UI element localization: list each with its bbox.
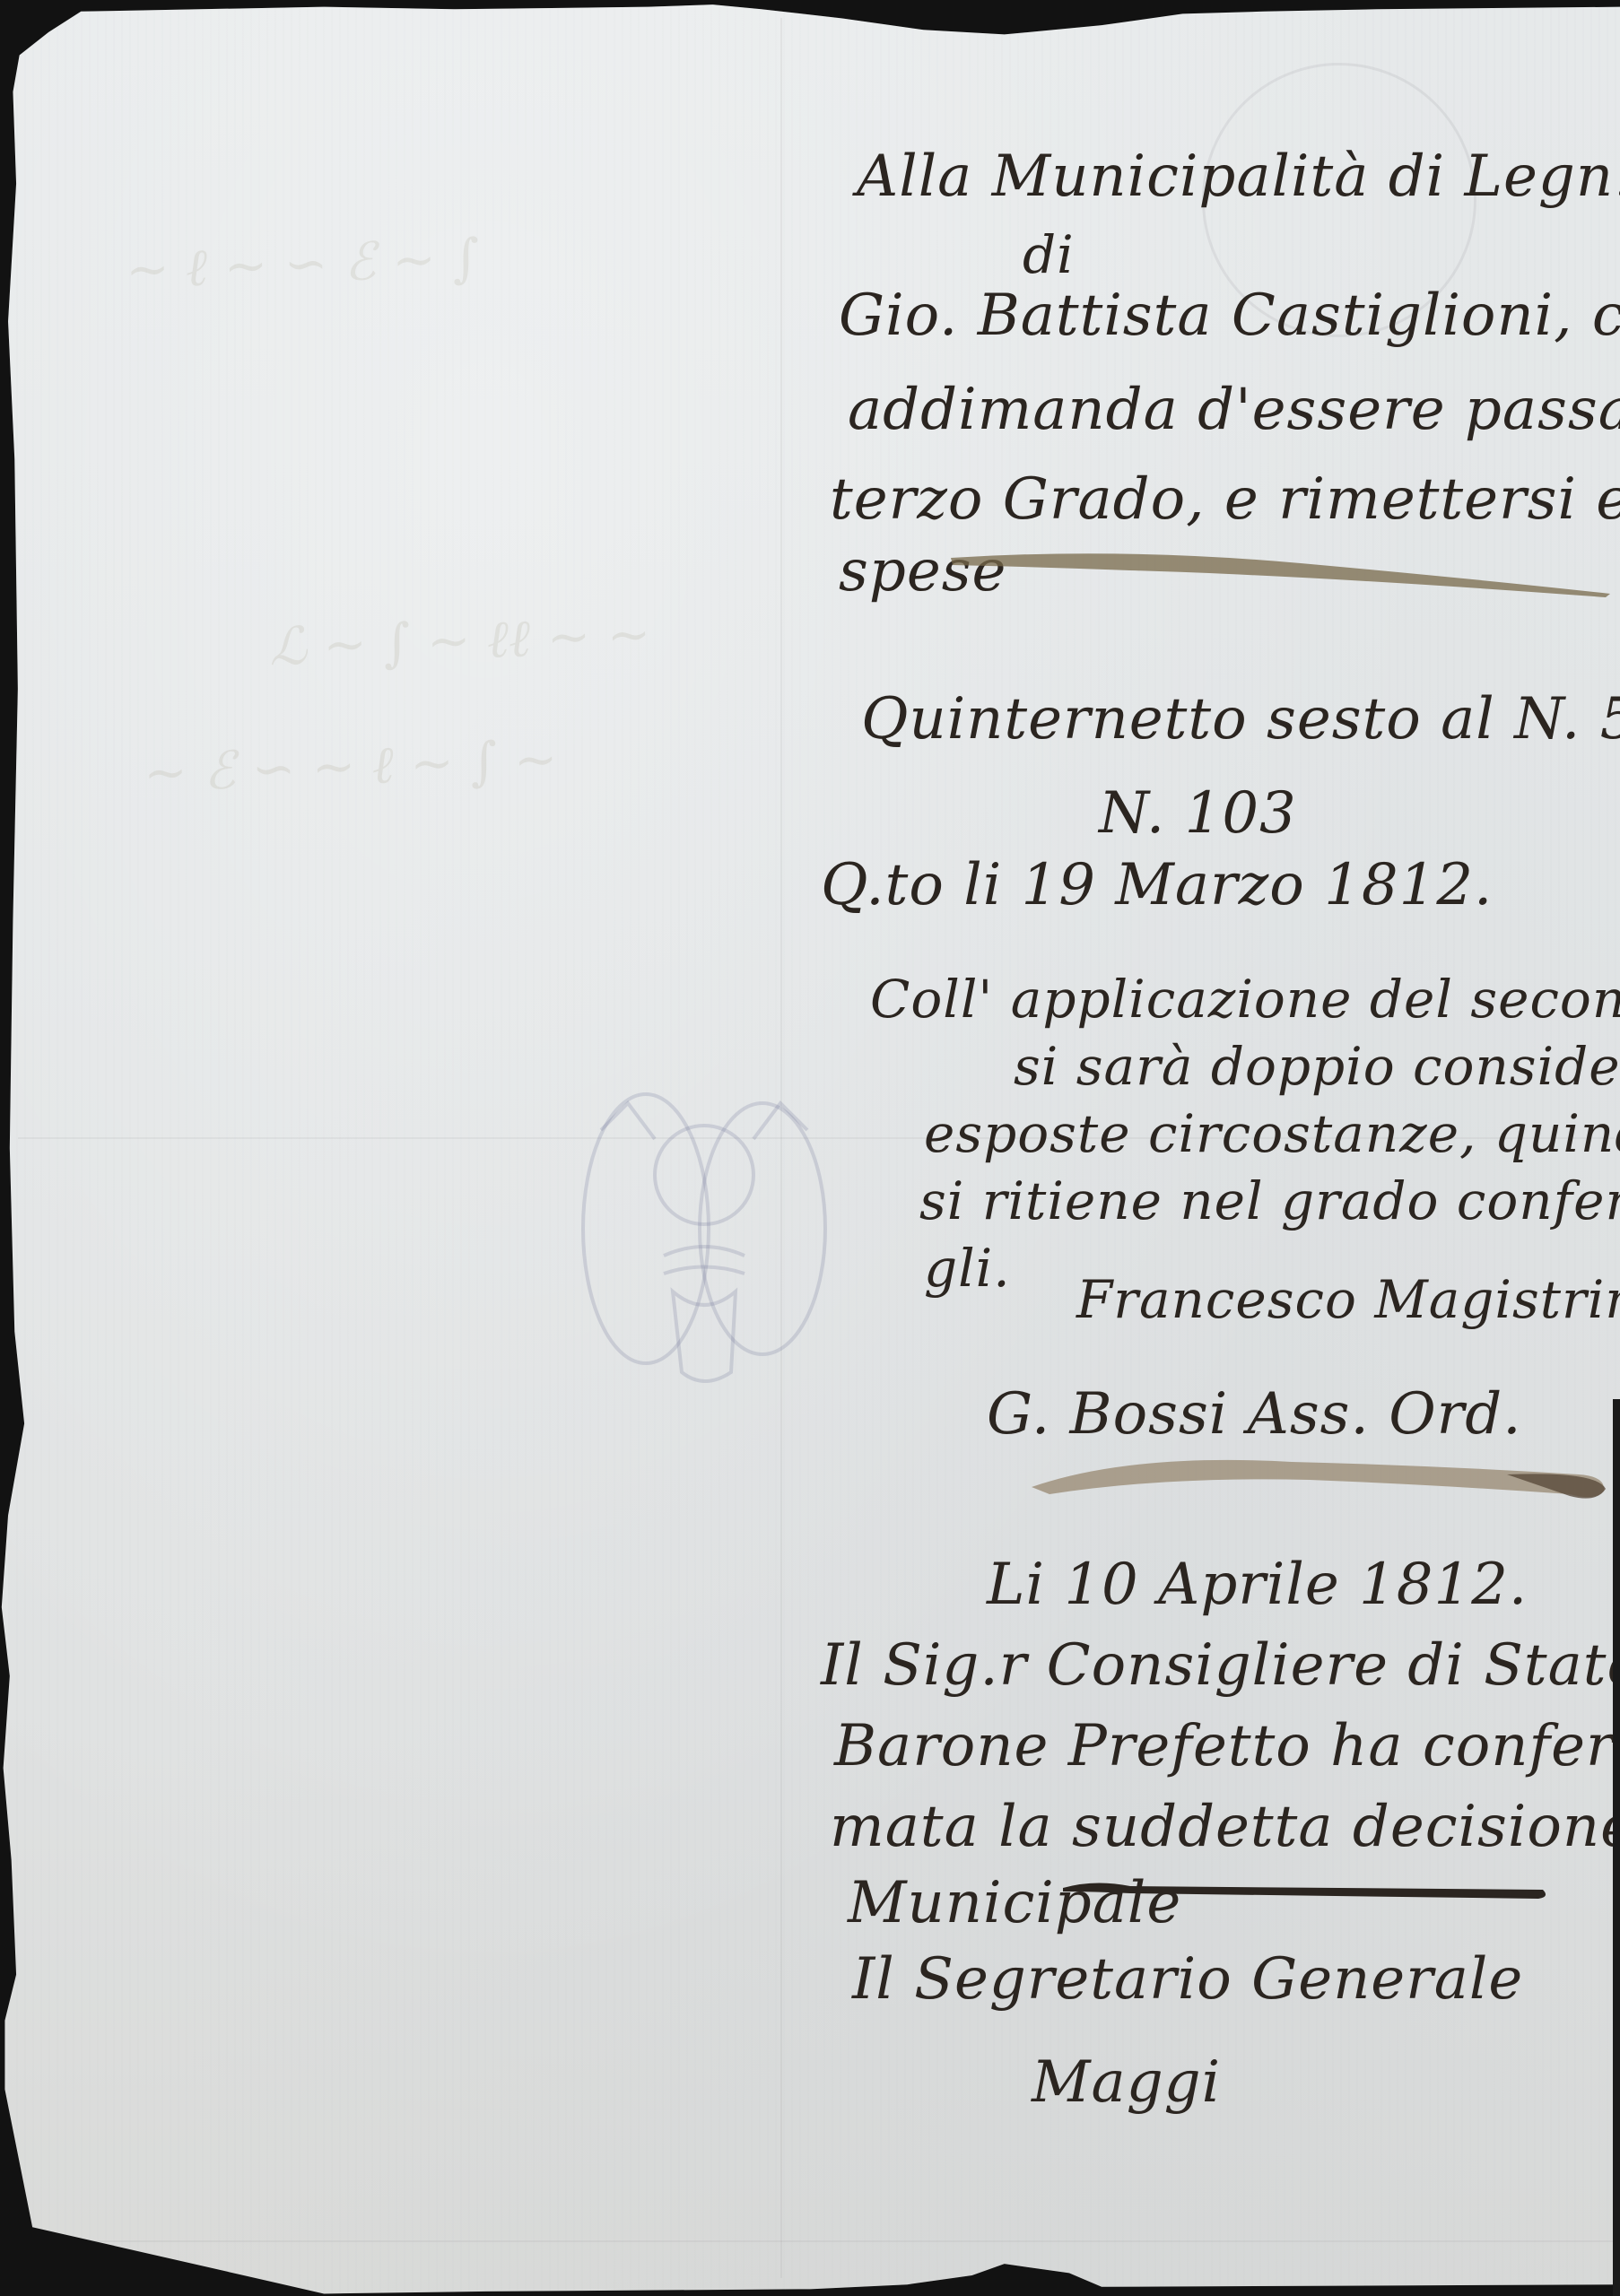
bleedthrough-text: ℒ ~ ∫ ~ ℓℓ ~ ~ (268, 604, 651, 678)
bleedthrough-text: ~ ℰ ∽ ~ ℓ ~ ∫ ~ (143, 728, 559, 804)
address-line-1: Alla Municipalità di Legn.ro (857, 148, 1620, 205)
registry-date: Q.to li 19 Marzo 1812. (821, 857, 1493, 914)
ink-flourish-line (942, 538, 1615, 610)
address-line-4: addimanda d'essere passato in (848, 381, 1620, 439)
document-scan: ~ ℓ ~ ∽ ℰ ~ ∫ ℒ ~ ∫ ~ ℓℓ ~ ~ ~ ℰ ∽ ~ ℓ ~… (0, 0, 1620, 2296)
confirmation-line-2: Barone Prefetto ha confer- (834, 1718, 1620, 1775)
crest-watermark-icon (538, 1049, 861, 1426)
decision-line-2: si sarà doppio considerate le (1014, 1040, 1620, 1092)
underline-stroke (1058, 1870, 1552, 1906)
fold-line-horizontal-lower (18, 2240, 1615, 2242)
registry-number: N. 103 (1099, 785, 1297, 842)
ink-flourish-stroke (1023, 1435, 1615, 1516)
signature-maggi: Maggi (1032, 2054, 1221, 2111)
address-line-5: terzo Grado, e rimettersi entro (830, 471, 1620, 528)
decision-line-5: gli. (924, 1242, 1011, 1294)
page-edge-shadow (1613, 1399, 1620, 2296)
address-line-3: Gio. Battista Castiglioni, che (839, 287, 1620, 344)
paper-sheet: ~ ℓ ~ ∽ ℰ ~ ∫ ℒ ~ ∫ ~ ℓℓ ~ ~ ~ ℰ ∽ ~ ℓ ~… (0, 0, 1620, 2296)
bleedthrough-text: ~ ℓ ~ ∽ ℰ ~ ∫ (125, 227, 481, 300)
confirmation-date: Li 10 Aprile 1812. (987, 1556, 1528, 1613)
signature-magistrini: Francesco Magistrini (1076, 1274, 1620, 1326)
registry-line: Quinternetto sesto al N. 5. (861, 691, 1620, 748)
closing-title: Il Segretario Generale (852, 1951, 1523, 2008)
decision-line-1: Coll' applicazione del secondo grado (870, 973, 1620, 1025)
decision-line-4: si ritiene nel grado conferito- (919, 1175, 1620, 1227)
confirmation-line-1: Il Sig.r Consigliere di Stato, (821, 1637, 1620, 1694)
decision-line-3: esposte circostanze, quindi (924, 1108, 1620, 1160)
address-line-2: di (1023, 229, 1075, 281)
confirmation-line-3: mata la suddetta decisione (830, 1798, 1620, 1856)
